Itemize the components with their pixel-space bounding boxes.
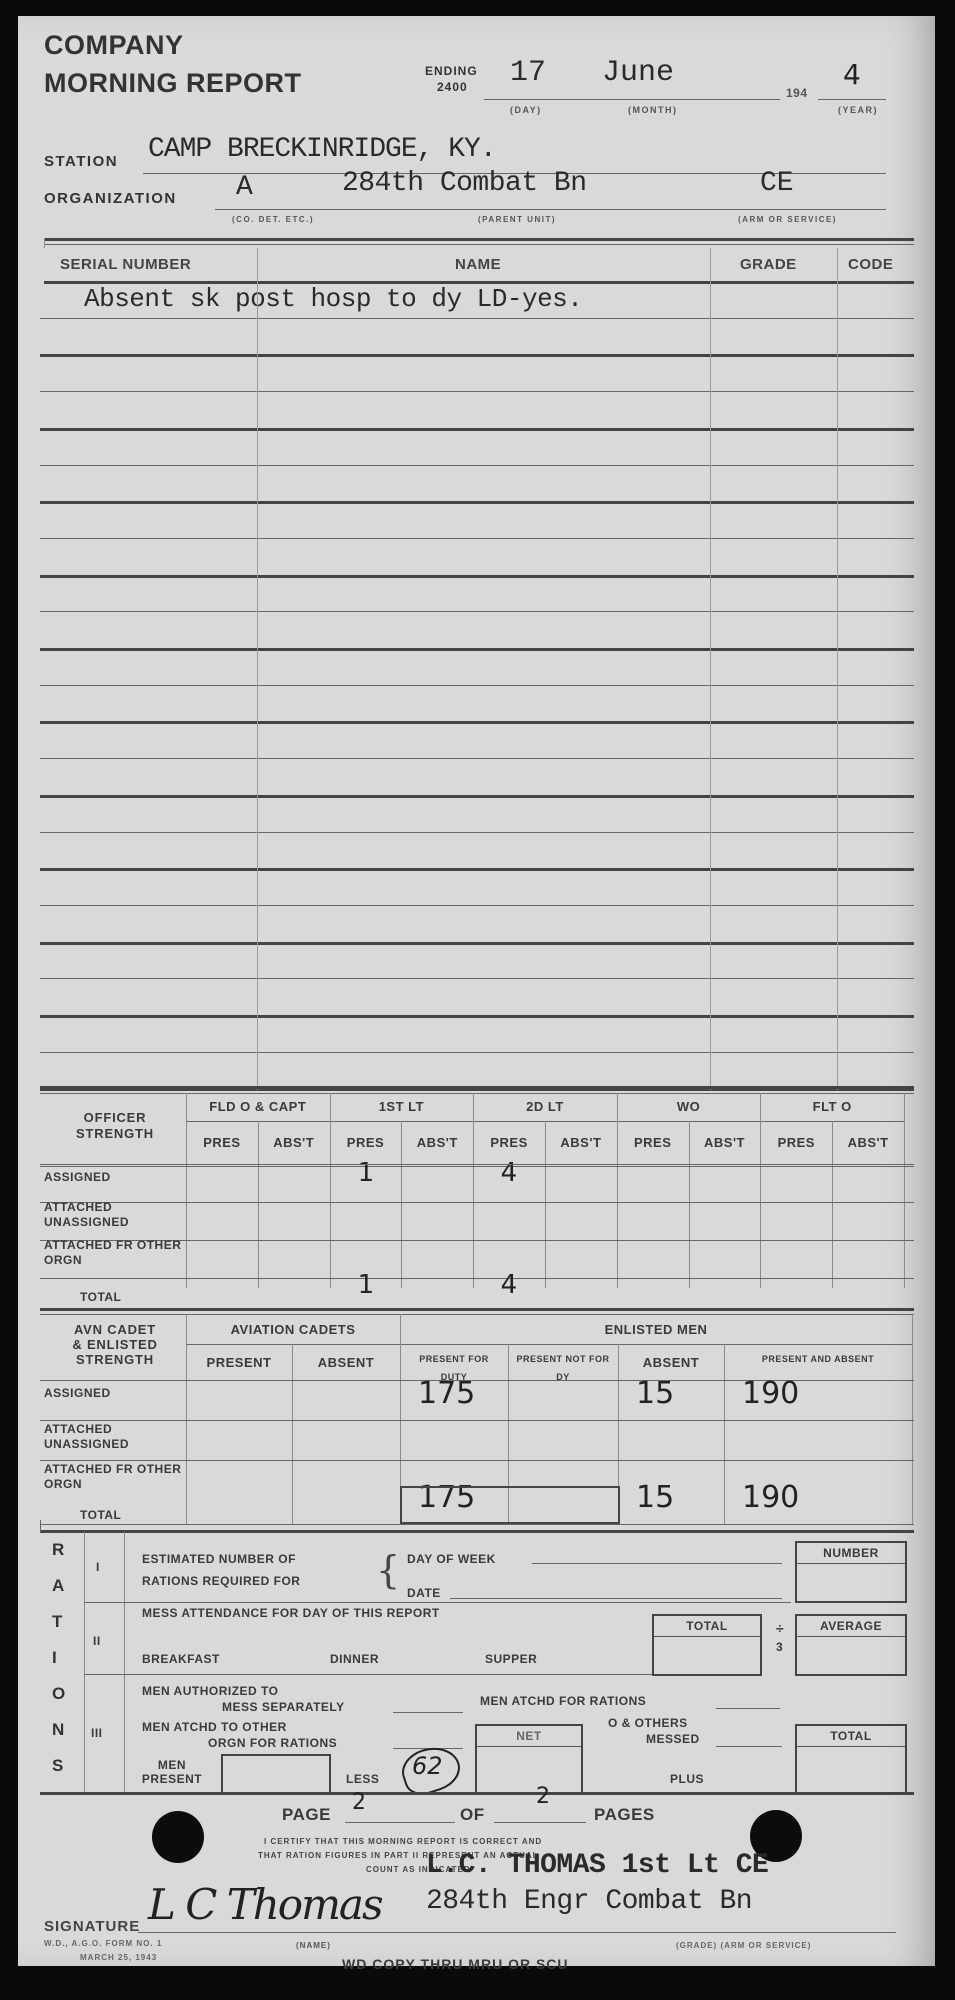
year-prefix: 194 bbox=[786, 86, 808, 100]
auth-label-1: MEN AUTHORIZED TO bbox=[142, 1684, 279, 1698]
section-2-numeral: II bbox=[93, 1634, 101, 1648]
officer-cell[interactable] bbox=[617, 1270, 689, 1302]
station-label: STATION bbox=[44, 153, 118, 170]
officer-title-line1: OFFICER bbox=[44, 1110, 186, 1126]
enlisted-title-line1: AVN CADET bbox=[44, 1322, 186, 1337]
roster-row-line bbox=[40, 832, 914, 833]
roster-row[interactable] bbox=[44, 503, 912, 536]
atchd-rations-label: MEN ATCHD FOR RATIONS bbox=[480, 1694, 646, 1708]
enlisted-cell[interactable] bbox=[526, 1376, 618, 1408]
breakfast-label: BREAKFAST bbox=[142, 1652, 220, 1666]
section-3-numeral: III bbox=[91, 1726, 103, 1740]
officer-row-label: ATTACHED UNASSIGNED bbox=[44, 1200, 184, 1230]
roster-divider bbox=[257, 248, 258, 1090]
enlisted-subcol-header: ABSENT bbox=[618, 1356, 724, 1370]
officer-subcol-header: ABS'T bbox=[689, 1135, 761, 1150]
roster-row-line bbox=[40, 905, 914, 906]
station-value: CAMP BRECKINRIDGE, KY. bbox=[148, 134, 496, 165]
auth-label-2: MESS SEPARATELY bbox=[222, 1700, 345, 1714]
enlisted-men-header: ENLISTED MEN bbox=[400, 1322, 912, 1337]
enlisted-title-line3: STRENGTH bbox=[44, 1352, 186, 1367]
officer-cell[interactable] bbox=[401, 1234, 473, 1266]
roster-row[interactable] bbox=[44, 980, 912, 1013]
officer-cell[interactable] bbox=[401, 1196, 473, 1228]
enlisted-cell[interactable] bbox=[310, 1376, 400, 1408]
enlisted-cell[interactable]: 190 bbox=[742, 1376, 912, 1408]
rations-estimate-label-2: RATIONS REQUIRED FOR bbox=[142, 1574, 300, 1588]
officer-cell[interactable] bbox=[760, 1270, 832, 1302]
roster-row[interactable] bbox=[44, 613, 912, 646]
plus-label: PLUS bbox=[670, 1772, 704, 1786]
organization-parent-unit: 284th Combat Bn bbox=[342, 168, 587, 199]
enlisted-cell[interactable]: 15 bbox=[636, 1376, 724, 1408]
atchd-other-label-2: ORGN FOR RATIONS bbox=[208, 1736, 337, 1750]
enlisted-subcol-header: ABSENT bbox=[292, 1356, 400, 1370]
month-caption: (MONTH) bbox=[628, 105, 678, 115]
brace-icon: { bbox=[376, 1550, 400, 1590]
column-header-name: NAME bbox=[455, 256, 501, 273]
enlisted-cell[interactable] bbox=[310, 1416, 400, 1448]
enlisted-row-label: ATTACHED UNASSIGNED bbox=[44, 1422, 184, 1452]
section-1-numeral: I bbox=[96, 1560, 100, 1574]
roster-row[interactable] bbox=[44, 540, 912, 573]
roster-row-line bbox=[40, 978, 914, 979]
officer-cell[interactable] bbox=[186, 1270, 258, 1302]
officer-subcol-header: ABS'T bbox=[401, 1135, 473, 1150]
organization-label: ORGANIZATION bbox=[44, 190, 177, 207]
form-date: MARCH 25, 1943 bbox=[80, 1950, 157, 1966]
enlisted-cell[interactable] bbox=[526, 1416, 618, 1448]
roster-row-line bbox=[40, 538, 914, 539]
officer-cell[interactable] bbox=[258, 1270, 330, 1302]
officer-group-header: FLD O & CAPT bbox=[186, 1099, 330, 1114]
roster-row[interactable] bbox=[44, 870, 912, 903]
officer-subcol-header: PRES bbox=[760, 1135, 832, 1150]
typed-unit: 284th Engr Combat Bn bbox=[426, 1886, 752, 1917]
officer-row-label: ASSIGNED bbox=[44, 1170, 184, 1185]
roster-row[interactable] bbox=[44, 577, 912, 610]
form-title-line2: MORNING REPORT bbox=[44, 68, 302, 98]
officer-cell[interactable] bbox=[760, 1158, 832, 1190]
officer-cell[interactable]: 4 bbox=[473, 1270, 545, 1302]
rations-letter: N bbox=[52, 1720, 65, 1740]
officer-cell[interactable] bbox=[545, 1158, 617, 1190]
rations-letter: I bbox=[52, 1648, 57, 1668]
page-number: 2 bbox=[352, 1790, 366, 1815]
officer-cell[interactable] bbox=[186, 1196, 258, 1228]
circled-annotation-text: 62 bbox=[412, 1752, 443, 1780]
total-duty-box bbox=[400, 1486, 620, 1524]
pages-label: PAGES bbox=[594, 1805, 655, 1825]
others-label-1: O & OTHERS bbox=[608, 1716, 688, 1730]
men-present-line2: PRESENT bbox=[130, 1772, 214, 1786]
enlisted-cell[interactable]: 175 bbox=[418, 1376, 508, 1408]
mess-average-box[interactable]: AVERAGE bbox=[795, 1614, 907, 1676]
divisor: 3 bbox=[776, 1640, 783, 1654]
net-box[interactable]: NET bbox=[475, 1724, 583, 1794]
officer-subcol-header: ABS'T bbox=[258, 1135, 330, 1150]
roster-row[interactable] bbox=[44, 393, 912, 426]
officer-title-line2: STRENGTH bbox=[44, 1126, 186, 1142]
average-label: AVERAGE bbox=[797, 1616, 905, 1637]
enlisted-row-label: ASSIGNED bbox=[44, 1386, 184, 1401]
punch-hole bbox=[152, 1811, 204, 1863]
officer-group-header: WO bbox=[617, 1099, 761, 1114]
officer-cell[interactable] bbox=[258, 1234, 330, 1266]
officer-cell[interactable] bbox=[689, 1158, 761, 1190]
officer-row-label: ATTACHED FR OTHER ORGN bbox=[44, 1238, 184, 1268]
rations-letter: O bbox=[52, 1684, 66, 1704]
officer-cell[interactable]: 1 bbox=[330, 1270, 402, 1302]
officer-cell[interactable] bbox=[186, 1158, 258, 1190]
officer-group-header: FLT O bbox=[760, 1099, 904, 1114]
officer-cell[interactable] bbox=[689, 1196, 761, 1228]
officer-cell[interactable] bbox=[545, 1270, 617, 1302]
aviation-cadets-header: AVIATION CADETS bbox=[186, 1322, 400, 1337]
rations-estimate-label-1: ESTIMATED NUMBER OF bbox=[142, 1552, 296, 1566]
officer-cell[interactable] bbox=[617, 1196, 689, 1228]
roster-row[interactable] bbox=[44, 467, 912, 500]
less-label: LESS bbox=[346, 1772, 379, 1786]
officer-cell[interactable] bbox=[545, 1196, 617, 1228]
enlisted-cell[interactable] bbox=[636, 1416, 724, 1448]
officer-subcol-header: ABS'T bbox=[832, 1135, 904, 1150]
men-present-label: MEN PRESENT bbox=[130, 1758, 214, 1786]
report-month: June bbox=[602, 56, 674, 90]
rations-total-box[interactable]: TOTAL bbox=[795, 1724, 907, 1794]
roster-row-line bbox=[40, 611, 914, 612]
enlisted-subcol-header: PRESENT bbox=[186, 1356, 292, 1370]
report-day: 17 bbox=[510, 56, 546, 90]
day-of-week-label: DAY OF WEEK bbox=[407, 1552, 496, 1566]
roster-row-line bbox=[40, 1052, 914, 1053]
rations-letter: R bbox=[52, 1540, 65, 1560]
company-caption: (CO. DET. ETC.) bbox=[232, 215, 314, 224]
rations-letter: A bbox=[52, 1576, 65, 1596]
mess-attendance-label: MESS ATTENDANCE FOR DAY OF THIS REPORT bbox=[142, 1606, 440, 1620]
officer-cell[interactable] bbox=[330, 1196, 402, 1228]
enlisted-cell[interactable] bbox=[418, 1416, 508, 1448]
year-caption: (YEAR) bbox=[838, 105, 878, 115]
roster-row[interactable] bbox=[44, 430, 912, 463]
roster-row[interactable] bbox=[44, 797, 912, 830]
officer-subcol-header: ABS'T bbox=[545, 1135, 617, 1150]
officer-group-header: 1ST LT bbox=[330, 1099, 474, 1114]
officer-cell[interactable] bbox=[832, 1234, 904, 1266]
column-header-serial-number: SERIAL NUMBER bbox=[60, 256, 191, 273]
officer-cell[interactable] bbox=[689, 1270, 761, 1302]
column-header-code: CODE bbox=[848, 256, 893, 273]
date-label: DATE bbox=[407, 1586, 441, 1600]
supper-label: SUPPER bbox=[485, 1652, 537, 1666]
roster-row[interactable] bbox=[44, 723, 912, 756]
enlisted-cell[interactable]: 15 bbox=[636, 1480, 724, 1512]
enlisted-row-label: ATTACHED FR OTHER ORGN bbox=[44, 1462, 184, 1492]
rations-letter: S bbox=[52, 1756, 64, 1776]
parent-caption: (PARENT UNIT) bbox=[478, 215, 556, 224]
roster-row[interactable] bbox=[44, 944, 912, 977]
officer-subcol-header: PRES bbox=[330, 1135, 402, 1150]
officer-strength-title: OFFICER STRENGTH bbox=[44, 1110, 186, 1142]
officer-subcol-header: PRES bbox=[186, 1135, 258, 1150]
roster-row[interactable] bbox=[44, 650, 912, 683]
officer-cell[interactable] bbox=[186, 1234, 258, 1266]
roster-row-line bbox=[40, 758, 914, 759]
officer-cell[interactable] bbox=[617, 1158, 689, 1190]
signature-script[interactable]: L C Thomas bbox=[148, 1880, 382, 1929]
roster-row[interactable] bbox=[44, 687, 912, 720]
men-present-box[interactable] bbox=[221, 1754, 331, 1794]
officer-cell[interactable] bbox=[258, 1158, 330, 1190]
roster-row[interactable] bbox=[44, 356, 912, 389]
number-box-label: NUMBER bbox=[797, 1543, 905, 1564]
of-label: OF bbox=[460, 1805, 485, 1825]
report-year-suffix: 4 bbox=[843, 58, 861, 91]
ration-number-box[interactable]: NUMBER bbox=[795, 1541, 907, 1603]
officer-cell[interactable] bbox=[760, 1196, 832, 1228]
roster-row[interactable] bbox=[44, 760, 912, 793]
roster-divider bbox=[837, 248, 838, 1090]
roster-row[interactable] bbox=[44, 907, 912, 940]
net-label: NET bbox=[477, 1726, 581, 1747]
organization-arm: CE bbox=[760, 168, 794, 199]
officer-group-header: 2D LT bbox=[473, 1099, 617, 1114]
rations-total-label: TOTAL bbox=[797, 1726, 905, 1747]
enlisted-cell[interactable] bbox=[204, 1416, 292, 1448]
officer-cell[interactable] bbox=[617, 1234, 689, 1266]
roster-row-line bbox=[40, 318, 914, 319]
ending-time: 2400 bbox=[437, 80, 468, 94]
officer-cell[interactable] bbox=[473, 1196, 545, 1228]
officer-cell[interactable] bbox=[832, 1158, 904, 1190]
enlisted-cell[interactable] bbox=[204, 1376, 292, 1408]
signature-label: SIGNATURE bbox=[44, 1918, 140, 1935]
officer-cell[interactable] bbox=[832, 1270, 904, 1302]
copy-note: WD COPY THRU MRU OR SCU bbox=[342, 1956, 569, 1972]
officer-cell[interactable] bbox=[401, 1158, 473, 1190]
ending-label: ENDING bbox=[425, 64, 478, 78]
officer-cell[interactable] bbox=[689, 1234, 761, 1266]
arm-caption: (ARM OR SERVICE) bbox=[738, 215, 837, 224]
rations-letter: T bbox=[52, 1612, 63, 1632]
divide-icon: ÷ bbox=[776, 1620, 784, 1636]
enlisted-cell[interactable] bbox=[204, 1480, 292, 1512]
roster-row[interactable] bbox=[44, 320, 912, 353]
mess-total-label: TOTAL bbox=[654, 1616, 760, 1637]
officer-cell[interactable] bbox=[473, 1234, 545, 1266]
roster-row[interactable] bbox=[44, 1017, 912, 1050]
roster-divider bbox=[710, 248, 711, 1090]
officer-cell[interactable] bbox=[545, 1234, 617, 1266]
enlisted-strength-title: AVN CADET & ENLISTED STRENGTH bbox=[44, 1322, 186, 1367]
page-label: PAGE bbox=[282, 1805, 331, 1825]
others-label-2: MESSED bbox=[646, 1732, 700, 1746]
officer-subcol-header: PRES bbox=[617, 1135, 689, 1150]
column-header-grade: GRADE bbox=[740, 256, 797, 273]
officer-cell[interactable] bbox=[330, 1234, 402, 1266]
day-caption: (DAY) bbox=[510, 105, 542, 115]
officer-cell[interactable]: 1 bbox=[330, 1158, 402, 1190]
roster-row-line bbox=[40, 391, 914, 392]
officer-cell[interactable] bbox=[832, 1196, 904, 1228]
enlisted-title-line2: & ENLISTED bbox=[44, 1337, 186, 1352]
officer-subcol-header: PRES bbox=[473, 1135, 545, 1150]
enlisted-cell[interactable] bbox=[310, 1480, 400, 1512]
total-pages: 2 bbox=[536, 1784, 550, 1809]
roster-row[interactable] bbox=[44, 1054, 912, 1087]
grade-caption: (GRADE) (ARM OR SERVICE) bbox=[676, 1938, 811, 1954]
roster-row-line bbox=[40, 685, 914, 686]
dinner-label: DINNER bbox=[330, 1652, 379, 1666]
enlisted-subcol-header: PRESENT AND ABSENT bbox=[724, 1350, 912, 1368]
mess-total-box[interactable]: TOTAL bbox=[652, 1614, 762, 1676]
officer-cell[interactable] bbox=[760, 1234, 832, 1266]
roster-entry: Absent sk post hosp to dy LD-yes. bbox=[84, 284, 582, 314]
men-present-line1: MEN bbox=[130, 1758, 214, 1772]
officer-cell[interactable]: 4 bbox=[473, 1158, 545, 1190]
officer-cell[interactable] bbox=[401, 1270, 473, 1302]
roster-row-line bbox=[40, 465, 914, 466]
form-title-line1: COMPANY bbox=[44, 30, 184, 60]
roster-row[interactable] bbox=[44, 834, 912, 867]
enlisted-cell[interactable]: 190 bbox=[742, 1480, 912, 1512]
enlisted-cell[interactable] bbox=[742, 1416, 912, 1448]
officer-cell[interactable] bbox=[258, 1196, 330, 1228]
enlisted-row-label: TOTAL bbox=[80, 1508, 220, 1523]
atchd-other-label-1: MEN ATCHD TO OTHER bbox=[142, 1720, 287, 1734]
organization-company: A bbox=[236, 172, 253, 203]
typed-name: L.C. THOMAS 1st Lt CE bbox=[426, 1850, 768, 1881]
name-caption: (NAME) bbox=[296, 1938, 331, 1954]
